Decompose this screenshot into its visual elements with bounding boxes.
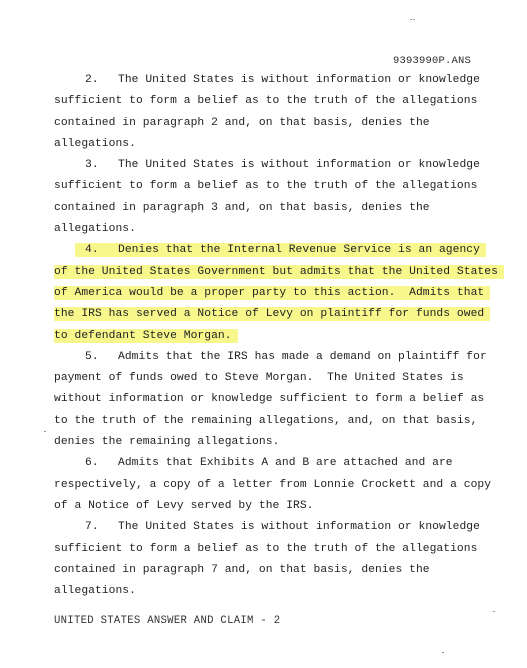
text-line: payment of funds owed to Steve Morgan. T… <box>54 368 494 389</box>
line-text: sufficient to form a belief as to the tr… <box>54 95 477 107</box>
text-line: 4.Denies that the Internal Revenue Servi… <box>54 240 494 261</box>
line-content: allegations. <box>54 585 136 597</box>
paragraph-2: 2.The United States is without informati… <box>54 70 494 155</box>
paragraph-number: 5. <box>85 347 118 368</box>
text-line: sufficient to form a belief as to the tr… <box>54 176 494 197</box>
text-line: 7.The United States is without informati… <box>54 517 494 538</box>
line-text: denies the remaining allegations. <box>54 436 279 448</box>
line-content: to the truth of the remaining allegation… <box>54 415 477 427</box>
line-content: to defendant Steve Morgan. <box>54 330 232 342</box>
text-line: of a Notice of Levy served by the IRS. <box>54 496 494 517</box>
text-line: of America would be a proper party to th… <box>54 283 494 304</box>
line-content: respectively, a copy of a letter from Lo… <box>54 479 491 491</box>
text-line: allegations. <box>54 134 494 155</box>
paragraph-number: 2. <box>85 70 118 91</box>
document-page: 9393990P.ANS 2.The United States is with… <box>0 0 527 668</box>
line-content: contained in paragraph 7 and, on that ba… <box>54 564 430 576</box>
line-text: of a Notice of Levy served by the IRS. <box>54 500 314 512</box>
line-content: of the United States Government but admi… <box>54 266 498 278</box>
text-line: allegations. <box>54 219 494 240</box>
text-line: to defendant Steve Morgan. <box>54 326 494 347</box>
text-line: denies the remaining allegations. <box>54 432 494 453</box>
highlighted-text: to defendant Steve Morgan. <box>54 329 238 343</box>
line-content: payment of funds owed to Steve Morgan. T… <box>54 372 464 384</box>
text-line: 6.Admits that Exhibits A and B are attac… <box>54 453 494 474</box>
highlighted-text: of America would be a proper party to th… <box>54 286 490 300</box>
paragraph-number: 3. <box>85 155 118 176</box>
line-content: Admits that Exhibits A and B are attache… <box>118 457 453 469</box>
line-content: Admits that the IRS has made a demand on… <box>118 351 487 363</box>
scan-speck <box>410 19 412 20</box>
line-text: contained in paragraph 7 and, on that ba… <box>54 564 430 576</box>
text-line: sufficient to form a belief as to the tr… <box>54 539 494 560</box>
scan-speck <box>44 431 46 432</box>
line-content: of a Notice of Levy served by the IRS. <box>54 500 314 512</box>
paragraph-5: 5.Admits that the IRS has made a demand … <box>54 347 494 453</box>
line-text: allegations. <box>54 223 136 235</box>
text-line: the IRS has served a Notice of Levy on p… <box>54 304 494 325</box>
scan-speck <box>493 611 495 612</box>
line-text: contained in paragraph 3 and, on that ba… <box>54 202 430 214</box>
highlighted-text: 4.Denies that the Internal Revenue Servi… <box>75 243 486 257</box>
line-text: allegations. <box>54 585 136 597</box>
line-content: The United States is without information… <box>118 74 480 86</box>
page-footer: UNITED STATES ANSWER AND CLAIM - 2 <box>54 615 280 627</box>
line-text: sufficient to form a belief as to the tr… <box>54 180 477 192</box>
line-text: 6.Admits that Exhibits A and B are attac… <box>85 457 453 469</box>
text-line: 5.Admits that the IRS has made a demand … <box>54 347 494 368</box>
line-content: sufficient to form a belief as to the tr… <box>54 543 477 555</box>
line-text: respectively, a copy of a letter from Lo… <box>54 479 491 491</box>
scan-speck <box>442 652 444 653</box>
text-line: to the truth of the remaining allegation… <box>54 411 494 432</box>
line-content: allegations. <box>54 138 136 150</box>
line-content: contained in paragraph 2 and, on that ba… <box>54 117 430 129</box>
line-content: The United States is without information… <box>118 159 480 171</box>
line-text: 7.The United States is without informati… <box>85 521 480 533</box>
text-line: contained in paragraph 3 and, on that ba… <box>54 198 494 219</box>
paragraph-7: 7.The United States is without informati… <box>54 517 494 602</box>
line-text: 5.Admits that the IRS has made a demand … <box>85 351 487 363</box>
line-content: sufficient to form a belief as to the tr… <box>54 180 477 192</box>
line-content: without information or knowledge suffici… <box>54 393 484 405</box>
line-content: of America would be a proper party to th… <box>54 287 484 299</box>
text-line: 2.The United States is without informati… <box>54 70 494 91</box>
line-content: allegations. <box>54 223 136 235</box>
line-text: to the truth of the remaining allegation… <box>54 415 477 427</box>
line-content: The United States is without information… <box>118 521 480 533</box>
highlighted-text: of the United States Government but admi… <box>54 265 504 279</box>
text-line: contained in paragraph 7 and, on that ba… <box>54 560 494 581</box>
paragraph-number: 7. <box>85 517 118 538</box>
paragraph-number: 4. <box>85 240 118 261</box>
line-content: sufficient to form a belief as to the tr… <box>54 95 477 107</box>
text-line: without information or knowledge suffici… <box>54 389 494 410</box>
paragraph-4: 4.Denies that the Internal Revenue Servi… <box>54 240 494 346</box>
line-content: the IRS has served a Notice of Levy on p… <box>54 308 484 320</box>
text-line: 3.The United States is without informati… <box>54 155 494 176</box>
document-id: 9393990P.ANS <box>393 55 471 67</box>
line-text: allegations. <box>54 138 136 150</box>
line-content: denies the remaining allegations. <box>54 436 279 448</box>
paragraph-number: 6. <box>85 453 118 474</box>
text-line: respectively, a copy of a letter from Lo… <box>54 475 494 496</box>
line-text: contained in paragraph 2 and, on that ba… <box>54 117 430 129</box>
line-content: Denies that the Internal Revenue Service… <box>118 244 480 256</box>
paragraph-6: 6.Admits that Exhibits A and B are attac… <box>54 453 494 517</box>
text-line: sufficient to form a belief as to the tr… <box>54 91 494 112</box>
text-line: allegations. <box>54 581 494 602</box>
scan-speck <box>413 19 415 20</box>
line-content: contained in paragraph 3 and, on that ba… <box>54 202 430 214</box>
text-line: of the United States Government but admi… <box>54 262 494 283</box>
line-text: without information or knowledge suffici… <box>54 393 484 405</box>
line-text: sufficient to form a belief as to the tr… <box>54 543 477 555</box>
document-body: 2.The United States is without informati… <box>54 70 494 602</box>
line-text: 3.The United States is without informati… <box>85 159 480 171</box>
line-text: payment of funds owed to Steve Morgan. T… <box>54 372 464 384</box>
line-text: 2.The United States is without informati… <box>85 74 480 86</box>
text-line: contained in paragraph 2 and, on that ba… <box>54 113 494 134</box>
paragraph-3: 3.The United States is without informati… <box>54 155 494 240</box>
highlighted-text: the IRS has served a Notice of Levy on p… <box>54 307 490 321</box>
